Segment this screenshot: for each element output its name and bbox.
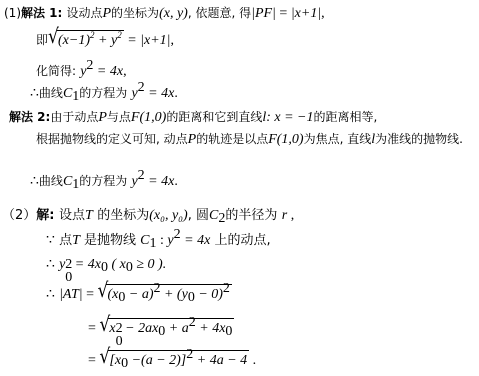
sqrt-expr: [x0 −(a − 2)]2 + 4a − 4	[99, 350, 249, 370]
text: 根据抛物线的定义可知, 动点	[36, 132, 188, 146]
therefore-symbol: ∴	[30, 174, 39, 189]
term: [x	[109, 353, 121, 368]
part2-line1: （2）解: 设点T 的坐标为(x₀, y₀), 圆C2的半径为 r ,	[2, 206, 294, 225]
text: , 圆	[188, 208, 209, 223]
part2-line2: ∵ 点T 是抛物线 C1 : y2 = 4x 上的动点,	[46, 232, 271, 250]
sqrt-expr: (x0 − a)2 + (y0 − 0)2	[97, 284, 231, 304]
equals: =	[88, 321, 99, 336]
term: (x	[107, 287, 118, 302]
exp: 2	[189, 315, 196, 330]
var-p: P	[102, 6, 111, 21]
sqrt-expr: (x−1)2 + y2	[48, 30, 124, 50]
colon: :	[157, 233, 168, 248]
part1-line1: (1)解法 1: 设动点P的坐标为(x, y), 依题意, 得|PF| = |x…	[4, 4, 325, 23]
part2-line6: = [x0 −(a − 2)]2 + 4a − 4 .	[88, 350, 256, 370]
text: 曲线	[39, 86, 63, 100]
part1-label: (1)	[4, 6, 21, 20]
equals: =	[88, 353, 99, 368]
expr: = 4x	[181, 233, 211, 248]
expr: = 4x	[93, 64, 123, 79]
part2-line4: ∴ |AT| = (x0 − a)2 + (y0 − 0)2	[46, 284, 232, 304]
text: 即	[36, 33, 48, 47]
text: , 依题意, 得	[188, 6, 251, 20]
exp: 2	[138, 168, 145, 183]
punct: ,	[123, 64, 127, 79]
term: + 4x	[196, 321, 226, 336]
subscript: 0	[126, 260, 133, 275]
part2-label: （2）	[2, 208, 36, 223]
var-c: C	[63, 174, 72, 189]
abs-pf: |PF|	[251, 6, 276, 21]
term: − 0)	[195, 287, 223, 302]
punct: .	[249, 353, 256, 368]
equals: =	[276, 6, 291, 21]
expr: : x = −1	[266, 110, 313, 125]
text: 的轨迹是以点	[196, 132, 268, 146]
part2-title: 解:	[36, 208, 54, 223]
text: 由于动点	[50, 110, 98, 124]
expr: = 4x	[145, 174, 175, 189]
var-c: C	[140, 233, 149, 248]
var-t: T	[72, 233, 80, 248]
sqrt-expr: x20 − 2ax0 + a2 + 4x0	[99, 318, 234, 338]
punct: .	[174, 86, 178, 101]
point-f: F(1,0)	[131, 110, 166, 125]
part1-line5: 解法 2:由于动点P与点F(1,0)的距离和它到直线l: x = −1的距离相等…	[9, 108, 377, 127]
text: 化简得:	[36, 64, 76, 78]
condition: ≥ 0 ).	[133, 257, 166, 272]
point-f: F(1,0)	[268, 132, 303, 147]
exp: 2	[138, 80, 145, 95]
part2-line3: ∴ y20 = 4x0 ( x0 ≥ 0 ).	[46, 256, 166, 274]
because-symbol: ∵	[46, 233, 55, 248]
exp: 2	[223, 281, 230, 296]
part2-line5: = x20 − 2ax0 + a2 + 4x0	[88, 318, 234, 338]
abs-at: |AT|	[59, 287, 83, 302]
text: 为准线的抛物线.	[375, 132, 463, 146]
abs-x-plus-1: |x+1|	[291, 6, 321, 21]
punct: .	[174, 174, 178, 189]
punct: ,	[321, 6, 325, 21]
method1-title: 解法 1:	[21, 6, 62, 20]
punct: ,	[287, 208, 294, 223]
text: 的距离相等,	[314, 110, 378, 124]
expr: = 4x	[145, 86, 175, 101]
part1-line4: ∴曲线C1的方程为 y2 = 4x.	[30, 84, 178, 103]
text: 为焦点, 直线	[304, 132, 372, 146]
term: + (y	[160, 287, 187, 302]
var-p: P	[188, 132, 197, 147]
coord: (x, y)	[159, 6, 188, 21]
exp: 2	[174, 227, 181, 242]
term: −(a − 2)]	[128, 353, 186, 368]
text: 的方程为	[79, 86, 127, 100]
text: 点	[59, 233, 72, 248]
rhs: = |x+1|	[124, 33, 171, 48]
part1-line2: 即(x−1)2 + y2 = |x+1|,	[36, 30, 174, 50]
text: 设动点	[66, 6, 102, 20]
text: 设点	[59, 208, 85, 223]
text: 是抛物线	[84, 233, 136, 248]
punct: ,	[171, 33, 175, 48]
term: − a)	[125, 287, 153, 302]
term: x	[109, 321, 115, 336]
var-p: P	[98, 110, 107, 125]
expr: = 4x	[71, 257, 101, 272]
part1-line6: 根据抛物线的定义可知, 动点P的轨迹是以点F(1,0)为焦点, 直线l为准线的抛…	[36, 130, 463, 149]
part1-line3: 化简得: y2 = 4x,	[36, 62, 127, 81]
term: (x−1)	[58, 33, 90, 48]
text: 的坐标为	[111, 6, 159, 20]
therefore-symbol: ∴	[30, 86, 39, 101]
term: + a	[165, 321, 188, 336]
exp: 2	[117, 30, 122, 40]
condition: ( x	[108, 257, 126, 272]
text: 与点	[107, 110, 131, 124]
term: + y	[95, 33, 118, 48]
text: 的半径为	[225, 208, 277, 223]
part1-line7: ∴曲线C1的方程为 y2 = 4x.	[30, 172, 178, 191]
method2-title: 解法 2:	[9, 110, 50, 124]
therefore-symbol: ∴	[46, 257, 55, 272]
subscript: 1	[150, 236, 157, 251]
var-t: T	[85, 208, 93, 223]
coord: (x₀, y₀)	[149, 208, 188, 223]
term: − 2ax	[122, 321, 159, 336]
text: 的方程为	[79, 174, 127, 188]
equals: =	[83, 287, 98, 302]
text: 的距离和它到直线	[166, 110, 262, 124]
var-c: C	[209, 208, 218, 223]
text: 曲线	[39, 174, 63, 188]
var-c: C	[63, 86, 72, 101]
text: 的坐标为	[97, 208, 149, 223]
text: 上的动点,	[214, 233, 270, 248]
subscript: 0	[101, 260, 108, 275]
term: + 4a − 4	[193, 353, 247, 368]
subscript: 0	[188, 290, 195, 305]
subscript: 0	[225, 324, 232, 339]
therefore-symbol: ∴	[46, 287, 55, 302]
